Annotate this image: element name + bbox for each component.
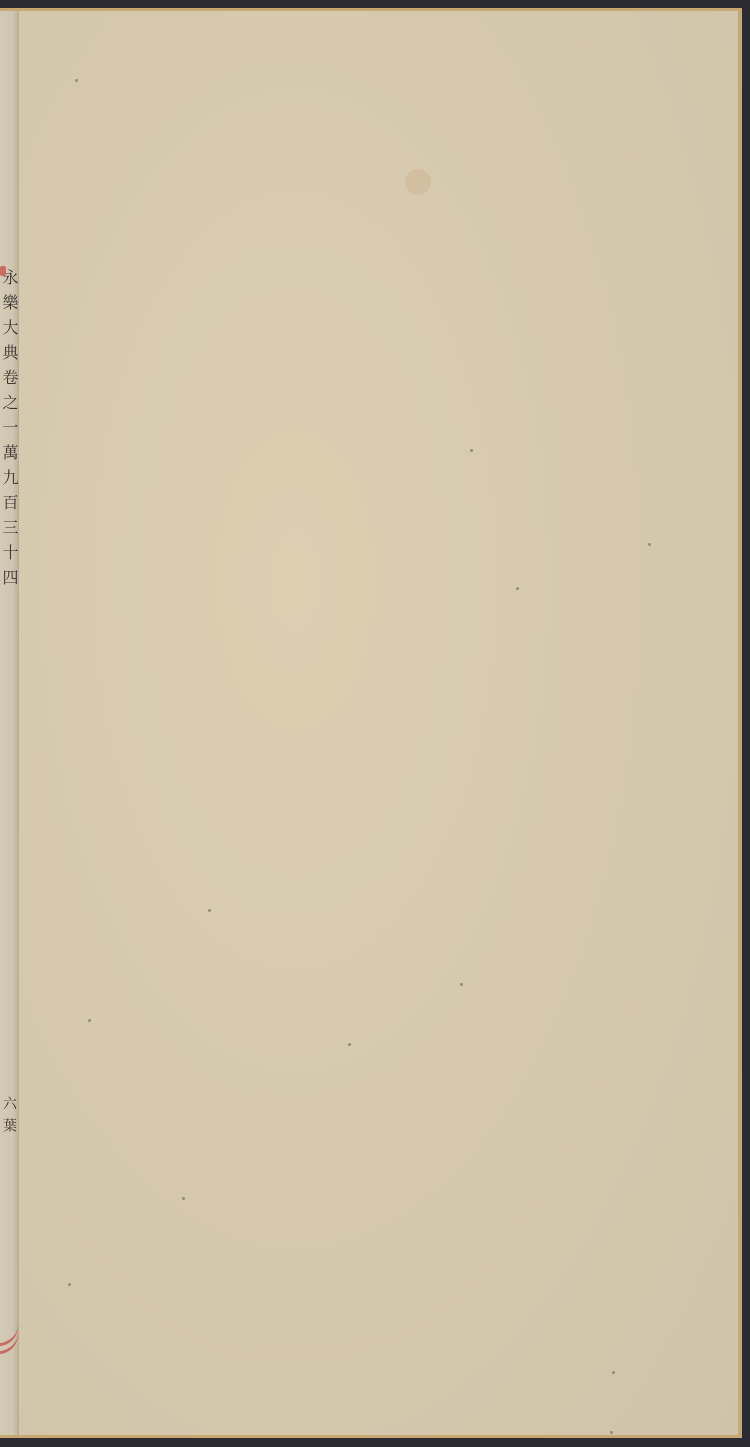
margin-leaf-number: 六葉 xyxy=(0,1096,18,1140)
paper-speck xyxy=(75,79,78,82)
paper-speck xyxy=(516,587,519,590)
paper-speck xyxy=(460,983,463,986)
paper-speck xyxy=(470,449,473,452)
manuscript-page: 永樂大典卷之一萬九百三十四 六葉 xyxy=(0,8,742,1438)
paper-speck xyxy=(612,1371,615,1374)
paper-speck xyxy=(88,1019,91,1022)
page-spine-margin: 永樂大典卷之一萬九百三十四 六葉 xyxy=(0,11,19,1435)
paper-speck xyxy=(208,909,211,912)
paper-speck xyxy=(68,1283,71,1286)
paper-speck xyxy=(648,543,651,546)
paper-speck xyxy=(348,1043,351,1046)
paper-speck xyxy=(182,1197,185,1200)
paper-stain xyxy=(405,169,431,195)
paper-speck xyxy=(610,1431,613,1434)
margin-volume-title: 永樂大典卷之一萬九百三十四 xyxy=(0,269,18,594)
